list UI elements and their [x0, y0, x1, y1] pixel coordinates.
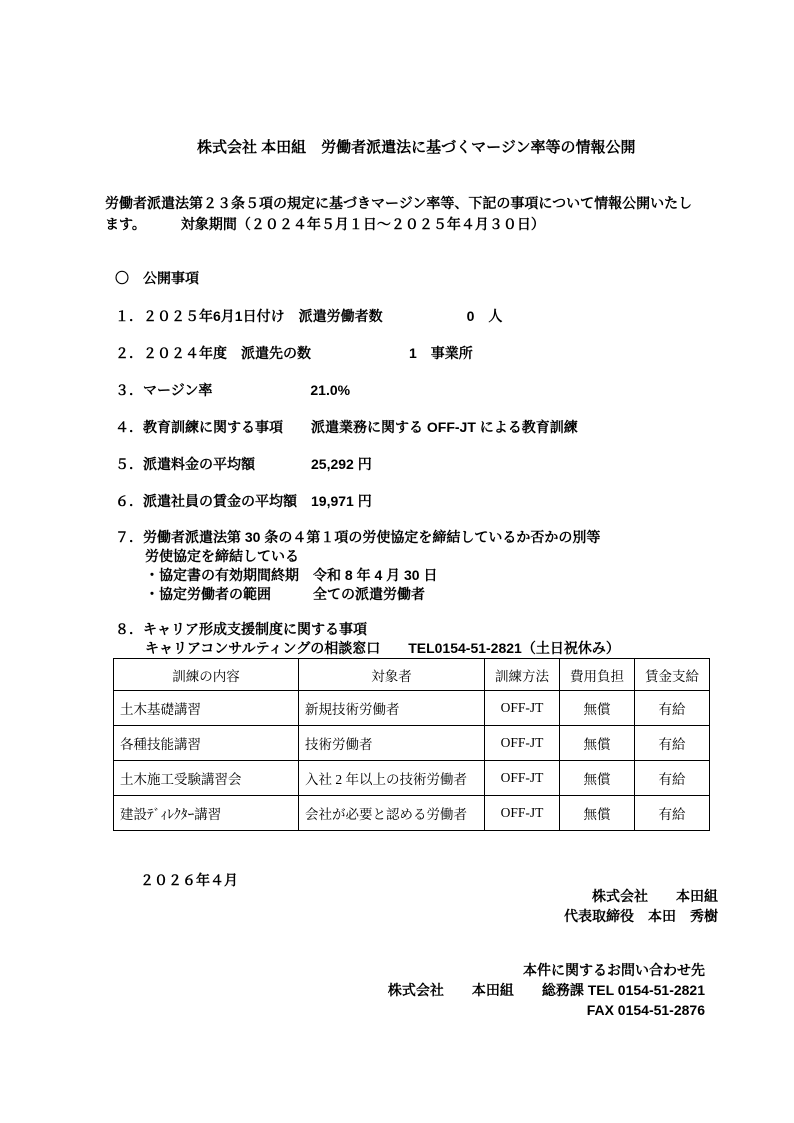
table-cell: 無償 — [560, 796, 635, 831]
contact-fax-line: FAX 0154-51-2876 — [388, 1000, 705, 1020]
disclosure-item-5-average-fee: ５．派遣料金の平均額 25,292 円 — [115, 454, 372, 474]
item-7-line-1: ７．労働者派遣法第 30 条の４第１項の労使協定を締結しているか否かの別等 — [115, 528, 600, 547]
item-7-line-4: ・協定労働者の範囲 全ての派遣労働者 — [145, 585, 600, 604]
table-row: 土木施工受験講習会 入社 2 年以上の技術労働者 OFF-JT 無償 有給 — [114, 761, 710, 796]
table-header-method: 訓練方法 — [485, 659, 560, 691]
table-cell: OFF-JT — [485, 761, 560, 796]
table-cell: 各種技能講習 — [114, 726, 299, 761]
signature-representative: 代表取締役 本田 秀樹 — [564, 906, 718, 926]
table-cell: 土木施工受験講習会 — [114, 761, 299, 796]
table-cell: 無償 — [560, 761, 635, 796]
disclosure-item-7-labor-agreement: ７．労働者派遣法第 30 条の４第１項の労使協定を締結しているか否かの別等 労使… — [115, 528, 600, 604]
table-cell: 有給 — [635, 726, 710, 761]
intro-line-1: 労働者派遣法第２３条５項の規定に基づきマージン率等、下記の事項について情報公開い… — [105, 193, 725, 214]
disclosure-section-heading: 〇 公開事項 — [115, 268, 199, 288]
signature-block: 株式会社 本田組 代表取締役 本田 秀樹 — [564, 886, 718, 926]
table-cell: 建設ﾃﾞｨﾚｸﾀｰ講習 — [114, 796, 299, 831]
publication-date: ２０２６年４月 — [140, 870, 238, 890]
signature-company: 株式会社 本田組 — [564, 886, 718, 906]
disclosure-item-2-client-count: ２．２０２４年度 派遣先の数 1 事業所 — [115, 343, 473, 363]
table-cell: OFF-JT — [485, 691, 560, 726]
document-title: 株式会社 本田組 労働者派遣法に基づくマージン率等の情報公開 — [197, 136, 636, 157]
intro-paragraph: 労働者派遣法第２３条５項の規定に基づきマージン率等、下記の事項について情報公開い… — [105, 193, 725, 235]
table-header-row: 訓練の内容 対象者 訓練方法 費用負担 賃金支給 — [114, 659, 710, 691]
training-table: 訓練の内容 対象者 訓練方法 費用負担 賃金支給 土木基礎講習 新規技術労働者 … — [113, 658, 710, 831]
table-cell: 土木基礎講習 — [114, 691, 299, 726]
table-cell: 技術労働者 — [299, 726, 485, 761]
table-header-target: 対象者 — [299, 659, 485, 691]
table-row: 建設ﾃﾞｨﾚｸﾀｰ講習 会社が必要と認める労働者 OFF-JT 無償 有給 — [114, 796, 710, 831]
table-row: 土木基礎講習 新規技術労働者 OFF-JT 無償 有給 — [114, 691, 710, 726]
contact-tel-line: 株式会社 本田組 総務課 TEL 0154-51-2821 — [388, 980, 705, 1000]
disclosure-item-8-career-support: ８．キャリア形成支援制度に関する事項 キャリアコンサルティングの相談窓口 TEL… — [115, 620, 620, 658]
table-header-wage: 賃金支給 — [635, 659, 710, 691]
disclosure-item-4-training: ４．教育訓練に関する事項 派遣業務に関する OFF-JT による教育訓練 — [115, 417, 578, 437]
table-cell: 有給 — [635, 761, 710, 796]
document-page: 株式会社 本田組 労働者派遣法に基づくマージン率等の情報公開 労働者派遣法第２３… — [0, 0, 794, 1123]
table-cell: 新規技術労働者 — [299, 691, 485, 726]
table-row: 各種技能講習 技術労働者 OFF-JT 無償 有給 — [114, 726, 710, 761]
contact-heading: 本件に関するお問い合わせ先 — [388, 960, 705, 980]
table-cell: 有給 — [635, 691, 710, 726]
table-cell: 入社 2 年以上の技術労働者 — [299, 761, 485, 796]
table-cell: OFF-JT — [485, 796, 560, 831]
table-cell: 有給 — [635, 796, 710, 831]
item-8-line-2: キャリアコンサルティングの相談窓口 TEL0154-51-2821（土日祝休み） — [145, 639, 620, 658]
disclosure-item-6-average-wage: ６．派遣社員の賃金の平均額 19,971 円 — [115, 491, 372, 511]
disclosure-item-3-margin-rate: ３．マージン率 21.0% — [115, 380, 350, 400]
table-cell: 無償 — [560, 726, 635, 761]
disclosure-item-1-dispatched-workers: １．２０２５年6月1日付け 派遣労働者数 0 人 — [115, 306, 502, 326]
table-cell: 無償 — [560, 691, 635, 726]
table-cell: 会社が必要と認める労働者 — [299, 796, 485, 831]
table-cell: OFF-JT — [485, 726, 560, 761]
table-header-training-content: 訓練の内容 — [114, 659, 299, 691]
contact-block: 本件に関するお問い合わせ先 株式会社 本田組 総務課 TEL 0154-51-2… — [388, 960, 705, 1020]
table-header-cost: 費用負担 — [560, 659, 635, 691]
item-8-line-1: ８．キャリア形成支援制度に関する事項 — [115, 620, 620, 639]
item-7-line-3: ・協定書の有効期間終期 令和 8 年 4 月 30 日 — [145, 566, 600, 585]
item-7-line-2: 労使協定を締結している — [145, 547, 600, 566]
intro-line-2: ます。 対象期間（２０２４年５月１日～２０２５年４月３０日） — [105, 214, 725, 235]
